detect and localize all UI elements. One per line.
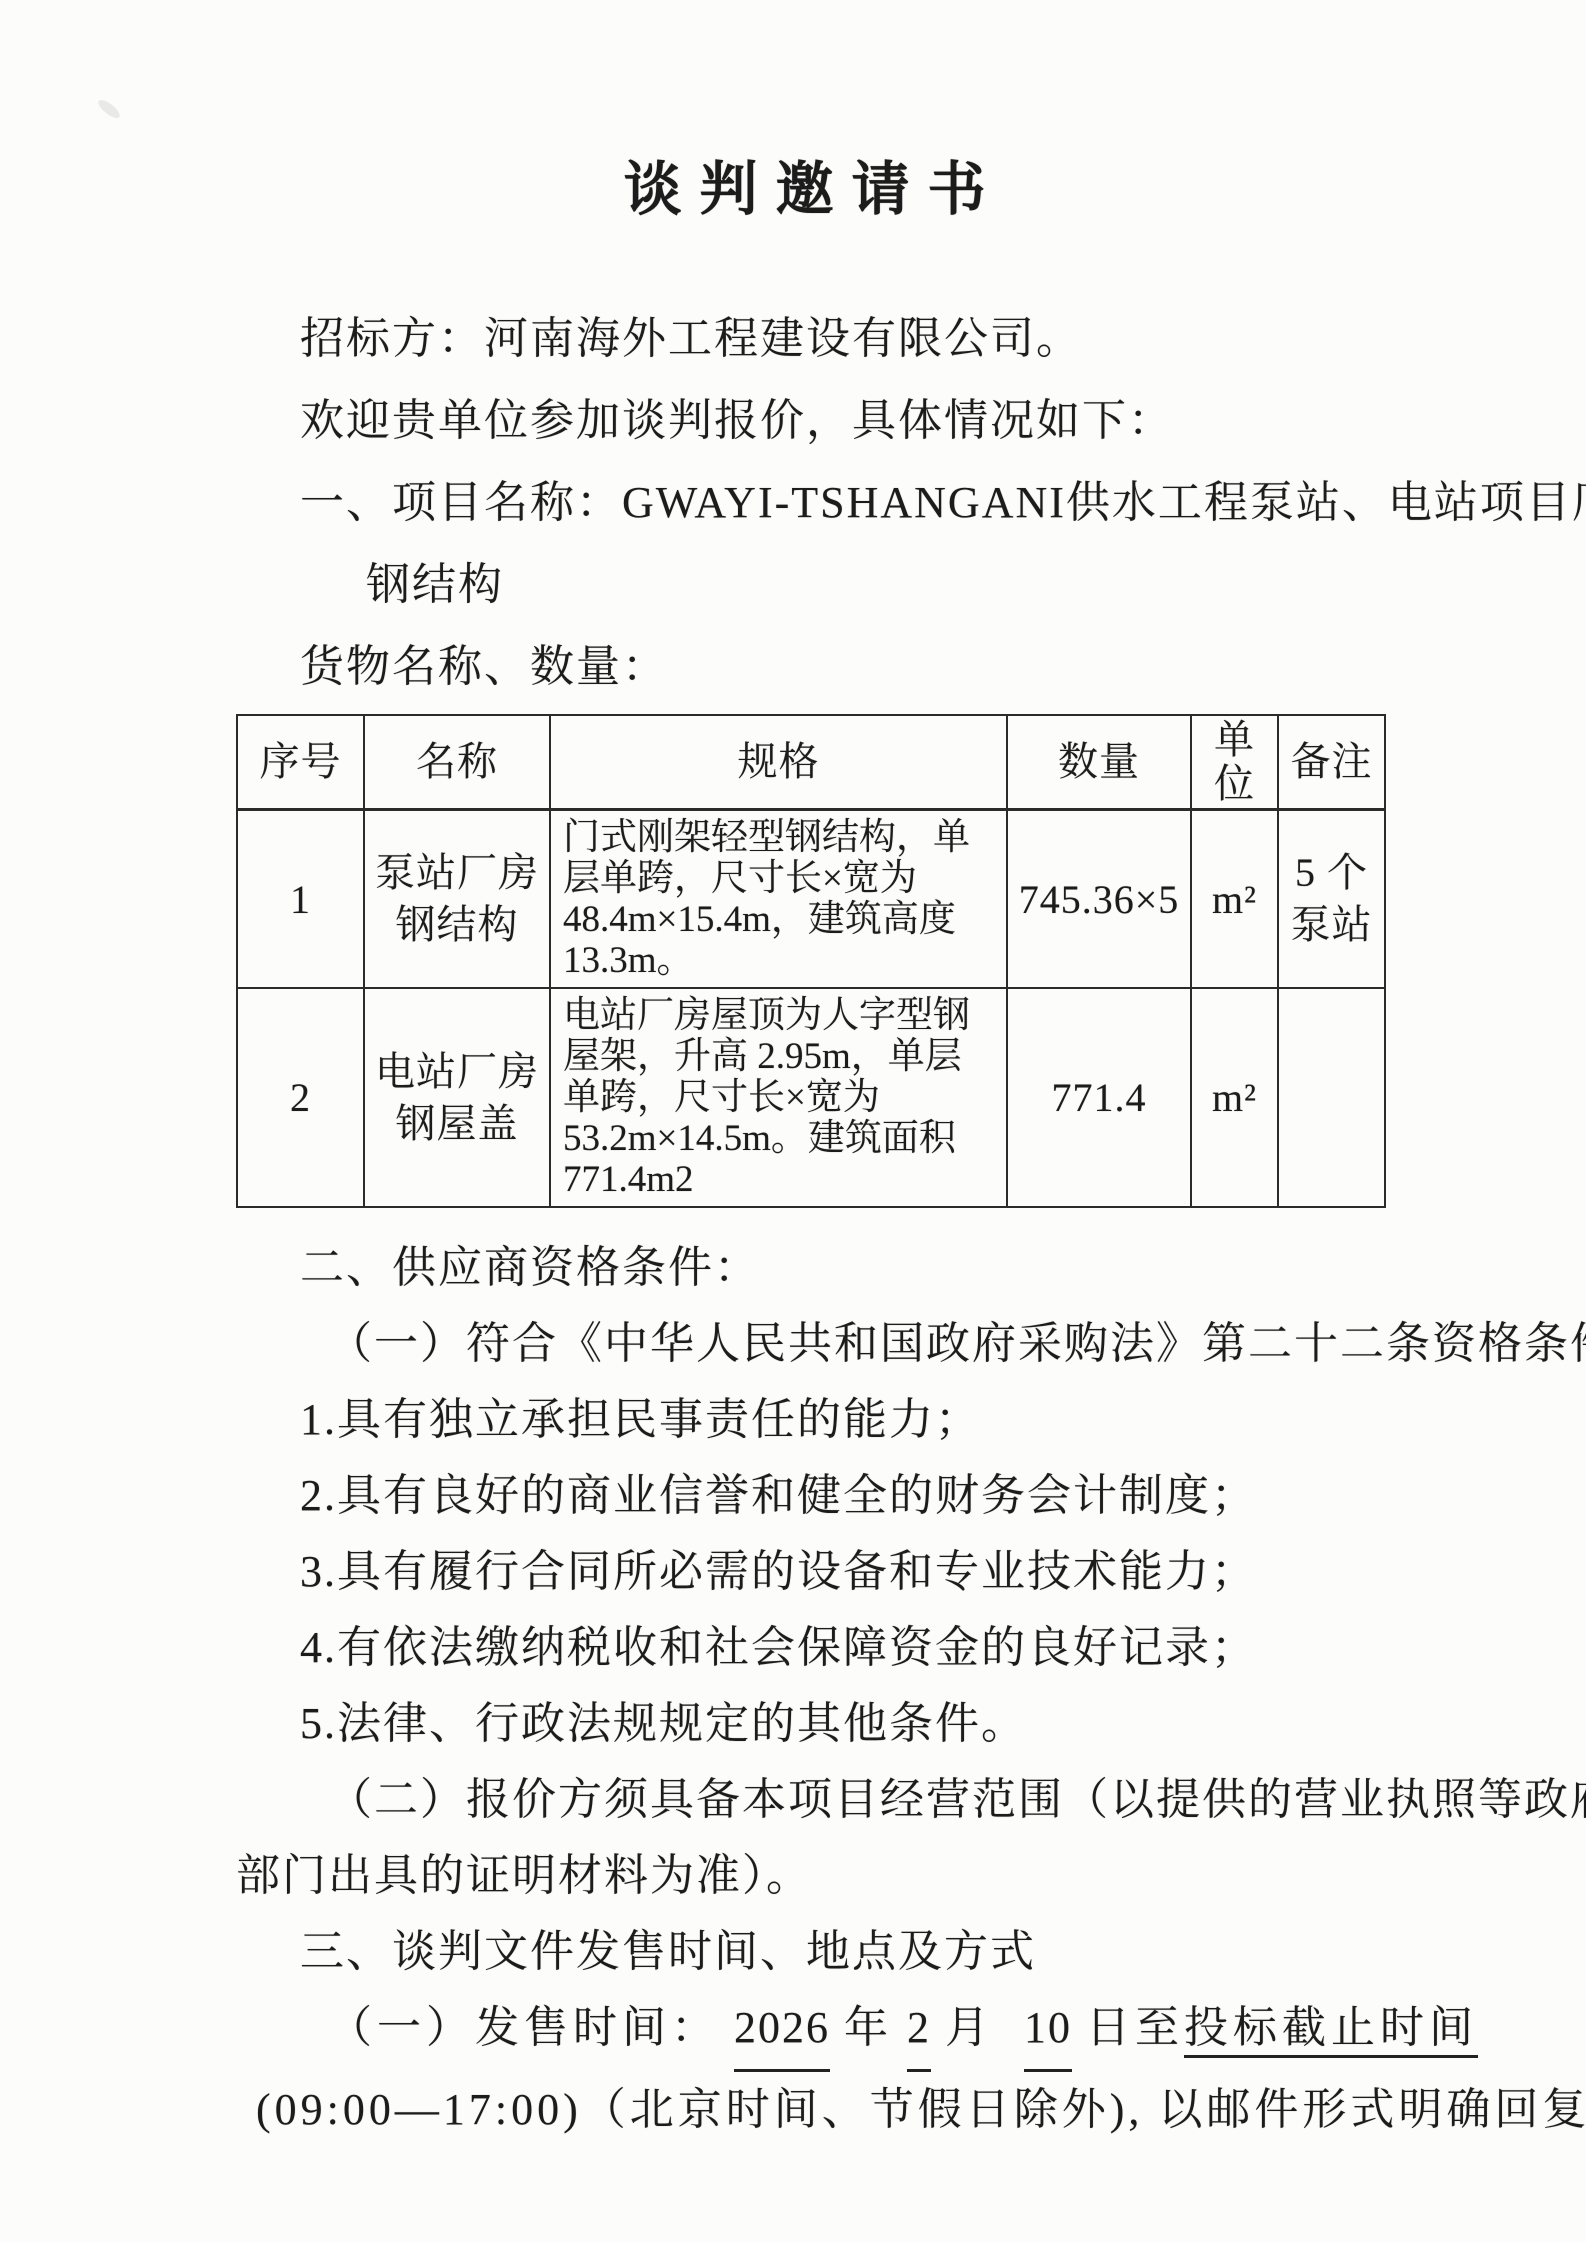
goods-table: 序号 名称 规格 数量 单位 备注 1 泵站厂房钢结构 门式刚架轻型钢结构，单层… [236, 714, 1386, 1208]
col-header-spec: 规格 [550, 715, 1007, 810]
condition-item: 5.法律、行政法规规定的其他条件。 [236, 1686, 1391, 1762]
sale-month-unit: 月 [945, 2003, 994, 2052]
goods-table-header-row: 序号 名称 规格 数量 单位 备注 [237, 715, 1385, 810]
cell-note [1278, 988, 1385, 1207]
time-window-line: (09:00—17:00)（北京时间、节假日除外), 以邮件形式明确回复提 [236, 2072, 1391, 2148]
col-header-index: 序号 [237, 715, 364, 810]
table-row: 1 泵站厂房钢结构 门式刚架轻型钢结构，单层单跨，尺寸长×宽为 48.4m×15… [237, 810, 1385, 989]
intro-section: 招标方：河南海外工程建设有限公司。 欢迎贵单位参加谈判报价，具体情况如下： 一、… [236, 298, 1391, 708]
document-page: 谈判邀请书 招标方：河南海外工程建设有限公司。 欢迎贵单位参加谈判报价，具体情况… [0, 0, 1586, 2242]
project-name-line: 一、项目名称：GWAYI-TSHANGANI供水工程泵站、电站项目厂房 [236, 462, 1391, 544]
project-name-continuation: 钢结构 [236, 544, 1391, 626]
scan-smudge [96, 97, 123, 121]
condition-item: 1.具有独立承担民事责任的能力； [236, 1382, 1391, 1458]
sale-time-prefix: （一）发售时间： [328, 2003, 720, 2052]
cell-unit: m² [1191, 988, 1278, 1207]
goods-label: 货物名称、数量： [236, 626, 1391, 708]
cell-spec: 电站厂房屋顶为人字型钢屋架，升高 2.95m，单层单跨，尺寸长×宽为 53.2m… [550, 988, 1007, 1207]
cell-name: 电站厂房钢屋盖 [364, 988, 550, 1207]
col-header-note: 备注 [1278, 715, 1385, 810]
sale-day-unit: 日至 [1086, 2003, 1184, 2052]
sale-year-unit: 年 [844, 2003, 893, 2052]
col-header-qty: 数量 [1007, 715, 1191, 810]
section3-heading: 三、谈判文件发售时间、地点及方式 [236, 1914, 1391, 1990]
bidder-line: 招标方：河南海外工程建设有限公司。 [236, 298, 1391, 380]
sale-year-value: 2026 [734, 1990, 830, 2072]
doc-title: 谈判邀请书 [236, 140, 1391, 240]
deadline-phrase: 投标截止时间 [1184, 2003, 1478, 2058]
cell-name: 泵站厂房钢结构 [364, 810, 550, 989]
col-header-name: 名称 [364, 715, 550, 810]
section2-sub2-line2: 部门出具的证明材料为准）。 [236, 1838, 1391, 1914]
cell-qty: 771.4 [1007, 988, 1191, 1207]
col-header-unit: 单位 [1191, 715, 1278, 810]
welcome-line: 欢迎贵单位参加谈判报价，具体情况如下： [236, 380, 1391, 462]
conditions-section: 二、供应商资格条件： （一）符合《中华人民共和国政府采购法》第二十二条资格条件：… [236, 1230, 1391, 2148]
cell-index: 1 [237, 810, 364, 989]
section2-heading: 二、供应商资格条件： [236, 1230, 1391, 1306]
condition-item: 3.具有履行合同所必需的设备和专业技术能力； [236, 1534, 1391, 1610]
table-row: 2 电站厂房钢屋盖 电站厂房屋顶为人字型钢屋架，升高 2.95m，单层单跨，尺寸… [237, 988, 1385, 1207]
section2-sub1: （一）符合《中华人民共和国政府采购法》第二十二条资格条件： [236, 1306, 1391, 1382]
cell-spec: 门式刚架轻型钢结构，单层单跨，尺寸长×宽为 48.4m×15.4m，建筑高度 1… [550, 810, 1007, 989]
cell-index: 2 [237, 988, 364, 1207]
cell-qty: 745.36×5 [1007, 810, 1191, 989]
cell-unit: m² [1191, 810, 1278, 989]
condition-item: 4.有依法缴纳税收和社会保障资金的良好记录； [236, 1610, 1391, 1686]
sale-month-value: 2 [907, 1990, 931, 2072]
section2-sub2-line1: （二）报价方须具备本项目经营范围（以提供的营业执照等政府 [236, 1762, 1391, 1838]
condition-item: 2.具有良好的商业信誉和健全的财务会计制度； [236, 1458, 1391, 1534]
sale-time-line: （一）发售时间：2026年2月10日至投标截止时间 [236, 1990, 1391, 2072]
sale-day-value: 10 [1024, 1990, 1072, 2072]
cell-note: 5 个泵站 [1278, 810, 1385, 989]
